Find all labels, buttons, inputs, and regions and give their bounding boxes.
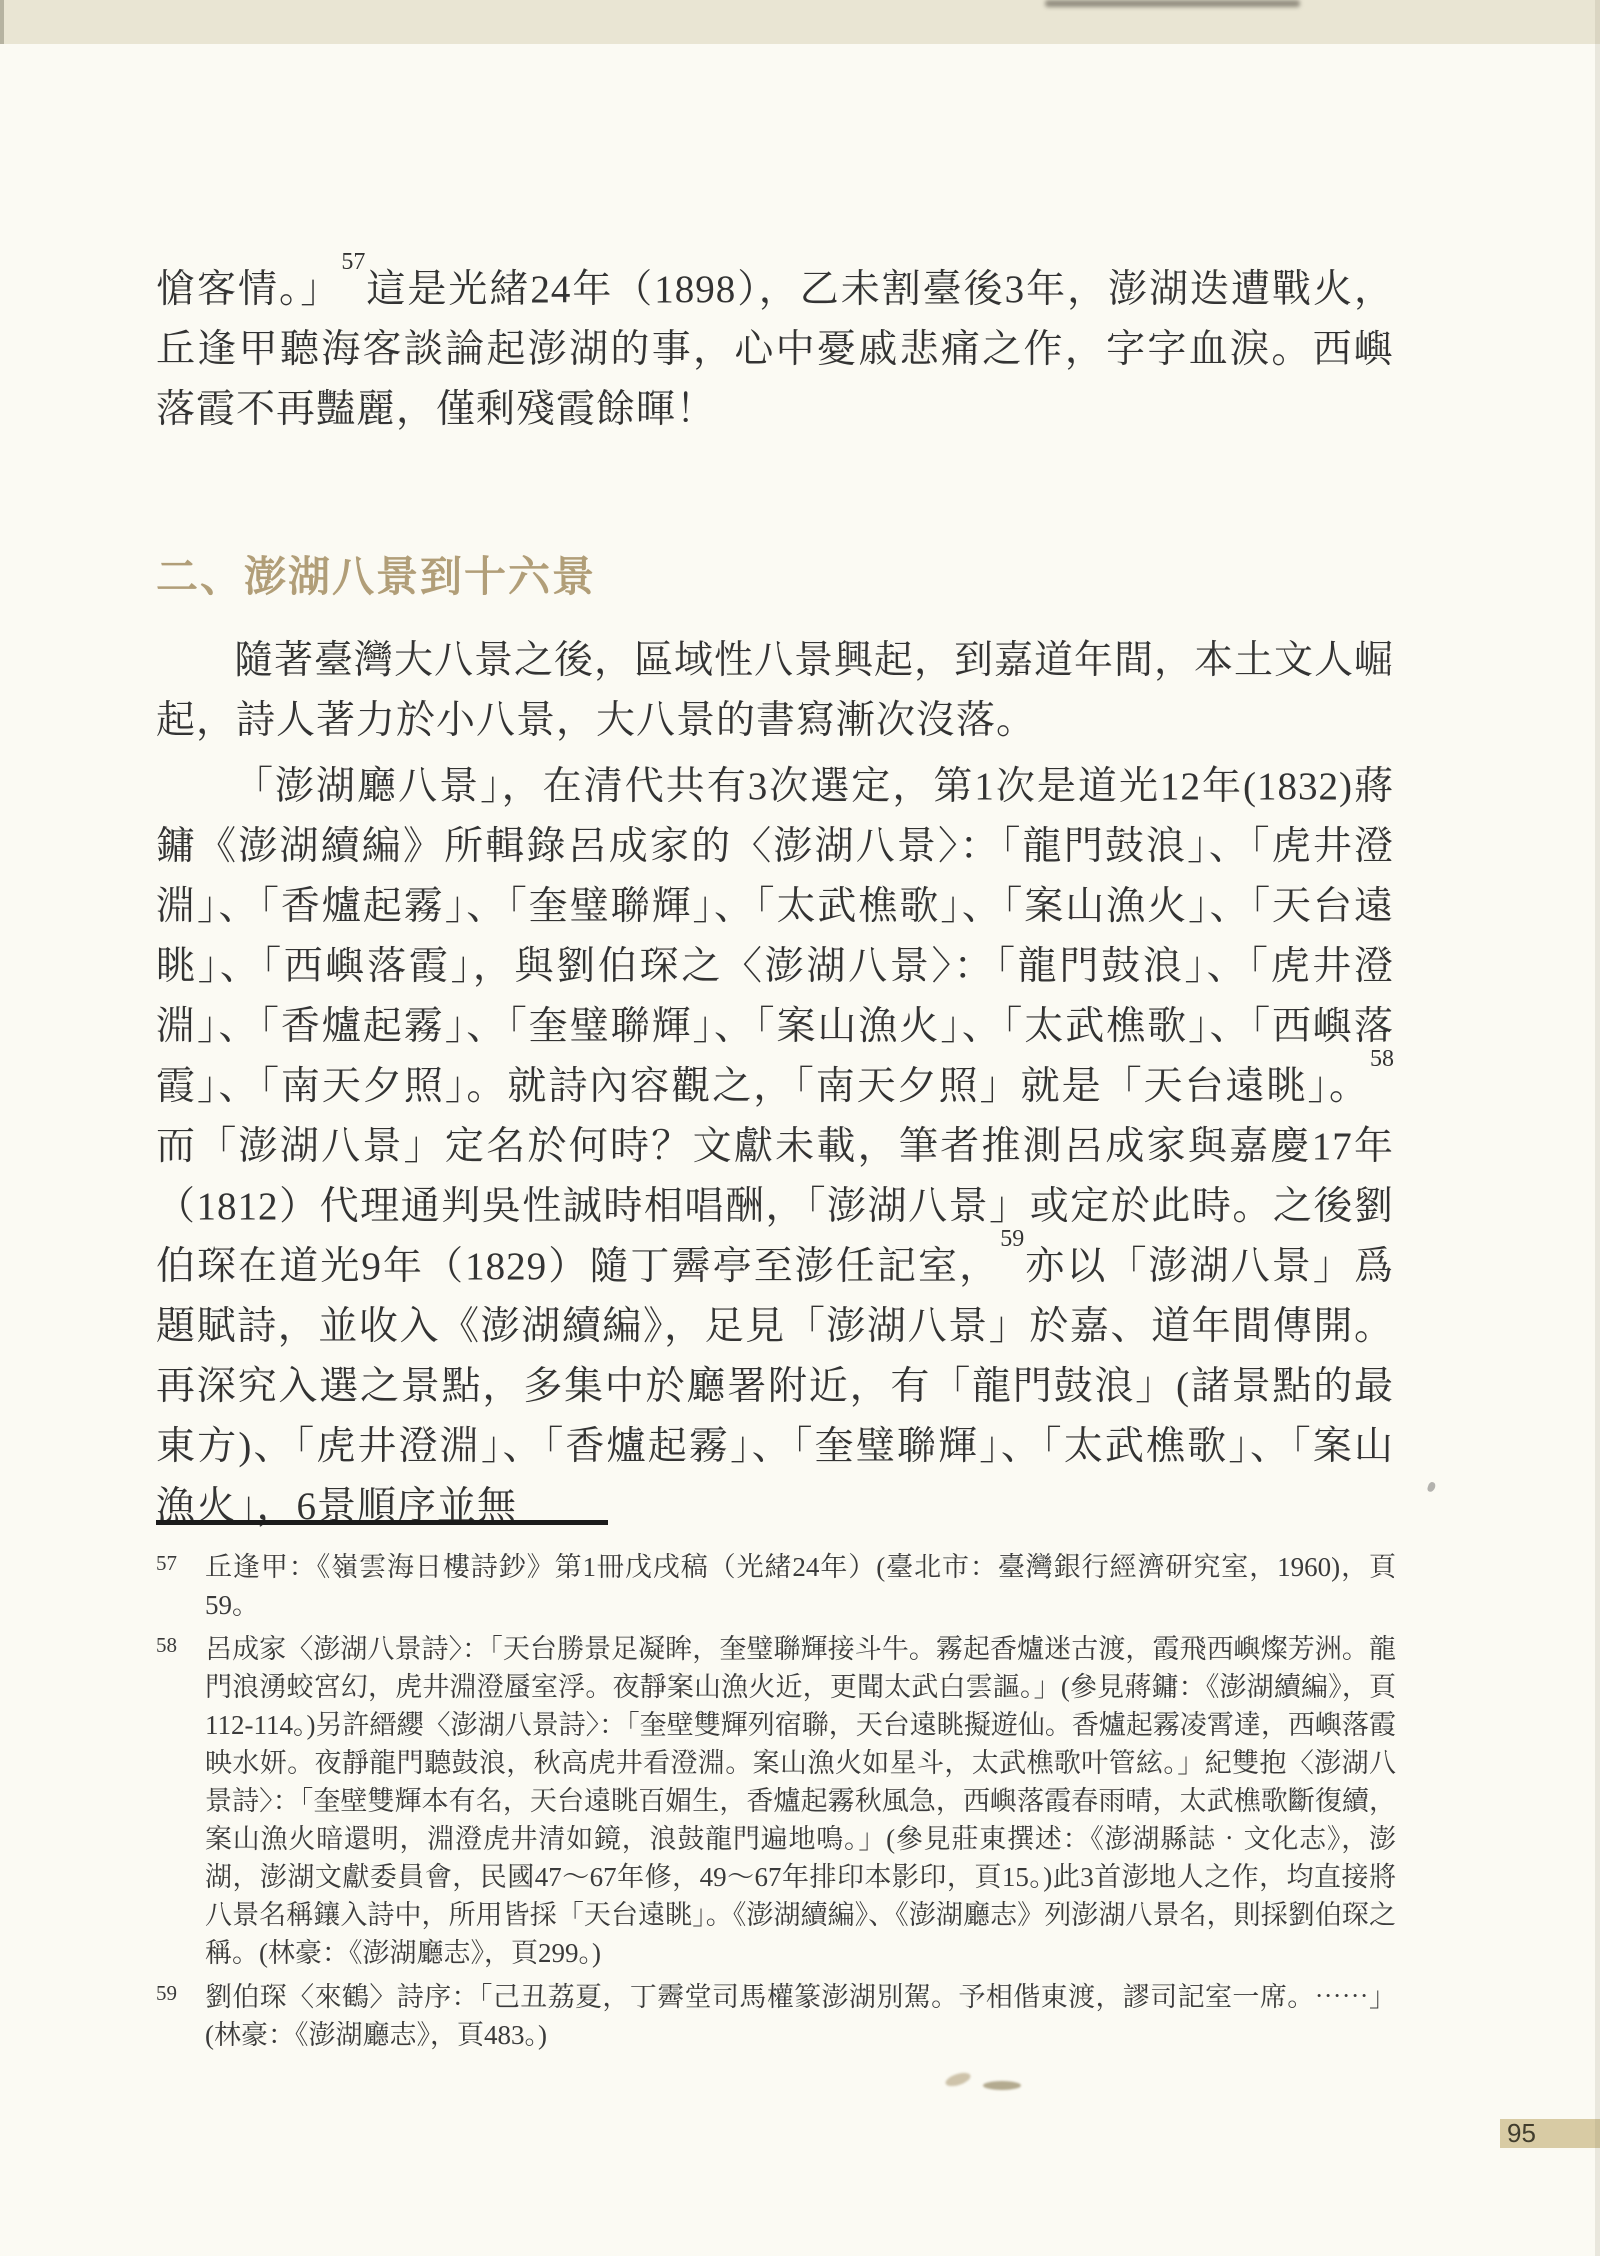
footnote-number: 57 [156,1548,205,1578]
paragraph-main: 「澎湖廳八景」，在清代共有3次選定，第1次是道光12年(1832)蔣鏞《澎湖續編… [156,757,1394,1537]
paragraph-text: 這是光緒24年（1898），乙未割臺後3年，澎湖迭遭戰火，丘逢甲聽海客談論起澎湖… [156,268,1394,431]
paragraph-continuation: 愴客情。」57這是光緒24年（1898），乙未割臺後3年，澎湖迭遭戰火，丘逢甲聽… [156,260,1394,440]
scan-edge-shadow [1595,0,1600,2256]
footnote-57: 57 丘逢甲：《嶺雲海日樓詩鈔》第1冊戊戌稿（光緒24年）(臺北市：臺灣銀行經濟… [156,1548,1396,1624]
section-heading: 二、澎湖八景到十六景 [156,548,1394,606]
footnotes-section: 57 丘逢甲：《嶺雲海日樓詩鈔》第1冊戊戌稿（光緒24年）(臺北市：臺灣銀行經濟… [156,1548,1396,2054]
paragraph-text: 愴客情。」 [156,268,341,311]
footnote-ref-57: 57 [341,249,365,275]
footnote-separator [156,1520,608,1525]
footnote-text: 呂成家〈澎湖八景詩〉：「天台勝景足凝眸，奎璧聯輝接斗牛。霧起香爐迷古渡，霞飛西嶼… [205,1630,1396,1972]
footnote-number: 58 [156,1630,205,1660]
footnote-text: 丘逢甲：《嶺雲海日樓詩鈔》第1冊戊戌稿（光緒24年）(臺北市：臺灣銀行經濟研究室… [205,1548,1396,1624]
page-number: 95 [1507,2118,1536,2148]
footnote-ref-59: 59 [1000,1226,1024,1252]
footnote-ref-58: 58 [1370,1046,1394,1072]
page-content: 愴客情。」57這是光緒24年（1898），乙未割臺後3年，澎湖迭遭戰火，丘逢甲聽… [156,0,1394,1537]
paragraph-intro: 隨著臺灣大八景之後，區域性八景興起，到嘉道年間，本土文人崛起，詩人著力於小八景，… [156,631,1394,751]
scanned-book-page: 愴客情。」57這是光緒24年（1898），乙未割臺後3年，澎湖迭遭戰火，丘逢甲聽… [0,0,1600,2256]
footnote-58: 58 呂成家〈澎湖八景詩〉：「天台勝景足凝眸，奎璧聯輝接斗牛。霧起香爐迷古渡，霞… [156,1630,1396,1972]
footnote-number: 59 [156,1978,205,2008]
paragraph-text: 「澎湖廳八景」，在清代共有3次選定，第1次是道光12年(1832)蔣鏞《澎湖續編… [156,765,1394,1108]
scan-artifact-dot [1427,1481,1437,1493]
scan-smudge [944,2070,972,2088]
page-number-badge: 95 [1500,2119,1600,2148]
footnote-text: 劉伯琛〈來鶴〉詩序：「己丑荔夏，丁霽堂司馬權篆澎湖別駕。予相偕東渡，謬司記室一席… [205,1978,1396,2054]
scan-smudge [983,2081,1021,2090]
scan-edge-artifact [0,0,4,44]
footnote-59: 59 劉伯琛〈來鶴〉詩序：「己丑荔夏，丁霽堂司馬權篆澎湖別駕。予相偕東渡，謬司記… [156,1978,1396,2054]
